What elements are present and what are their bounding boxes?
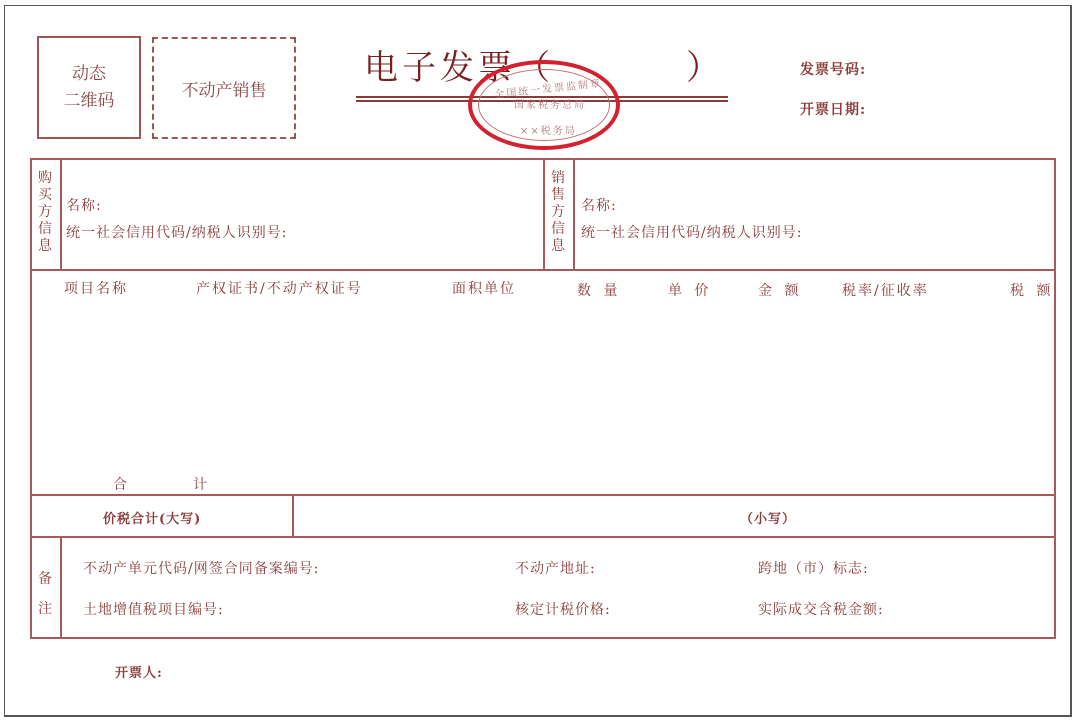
stamp-middle-text: 国家税务总局 bbox=[514, 96, 586, 111]
seller-section-label: 销售方信息 bbox=[550, 170, 566, 255]
invoice-number-label: 发票号码: bbox=[800, 59, 866, 79]
buyer-section-label: 购买方信息 bbox=[37, 170, 53, 255]
total-label-part2: 计 bbox=[193, 474, 208, 494]
actual-amount-label: 实际成交含税金额: bbox=[758, 599, 884, 619]
column-header-property-cert: 产权证书/不动产权证号 bbox=[196, 278, 363, 298]
total-lowercase-label: （小写） bbox=[740, 508, 796, 527]
column-header-tax-amount: 税 额 bbox=[1010, 280, 1054, 300]
assessed-price-label: 核定计税价格: bbox=[515, 599, 611, 619]
issuer-label: 开票人: bbox=[115, 662, 163, 681]
column-header-item-name: 项目名称 bbox=[64, 278, 128, 298]
column-header-unit-price: 单 价 bbox=[668, 280, 712, 300]
buyer-name-label: 名称: bbox=[66, 195, 102, 215]
invoice-type-box: 不动产销售 bbox=[152, 37, 296, 139]
land-vat-project-label: 土地增值税项目编号: bbox=[83, 599, 224, 619]
column-header-amount: 金 额 bbox=[758, 280, 802, 300]
remarks-section-label: 备注 bbox=[37, 564, 53, 624]
seller-tax-id-label: 统一社会信用代码/纳税人识别号: bbox=[581, 222, 802, 242]
cross-region-label: 跨地（市）标志: bbox=[758, 558, 869, 578]
seller-name-label: 名称: bbox=[581, 195, 617, 215]
issue-date-label: 开票日期: bbox=[800, 99, 866, 119]
qr-label-line2: 二维码 bbox=[64, 88, 115, 115]
column-header-tax-rate: 税率/征收率 bbox=[842, 280, 929, 300]
stamp-bottom-text: ××税务局 bbox=[520, 122, 577, 137]
column-header-area-unit: 面积单位 bbox=[452, 278, 516, 298]
unit-code-label: 不动产单元代码/网签合同备案编号: bbox=[83, 558, 319, 578]
buyer-tax-id-label: 统一社会信用代码/纳税人识别号: bbox=[66, 222, 287, 242]
column-header-quantity: 数 量 bbox=[577, 280, 621, 300]
invoice-type-label: 不动产销售 bbox=[182, 76, 267, 101]
total-label-part1: 合 bbox=[113, 474, 128, 494]
qr-label-line1: 动态 bbox=[64, 61, 115, 88]
total-uppercase-label: 价税合计(大写) bbox=[103, 508, 201, 527]
property-address-label: 不动产地址: bbox=[515, 558, 596, 578]
dynamic-qr-code-placeholder: 动态 二维码 bbox=[37, 36, 141, 139]
tax-bureau-stamp: 全国统一发票监制章 国家税务总局 ××税务局 bbox=[468, 60, 620, 150]
invoice-title-close: ） bbox=[686, 40, 724, 89]
